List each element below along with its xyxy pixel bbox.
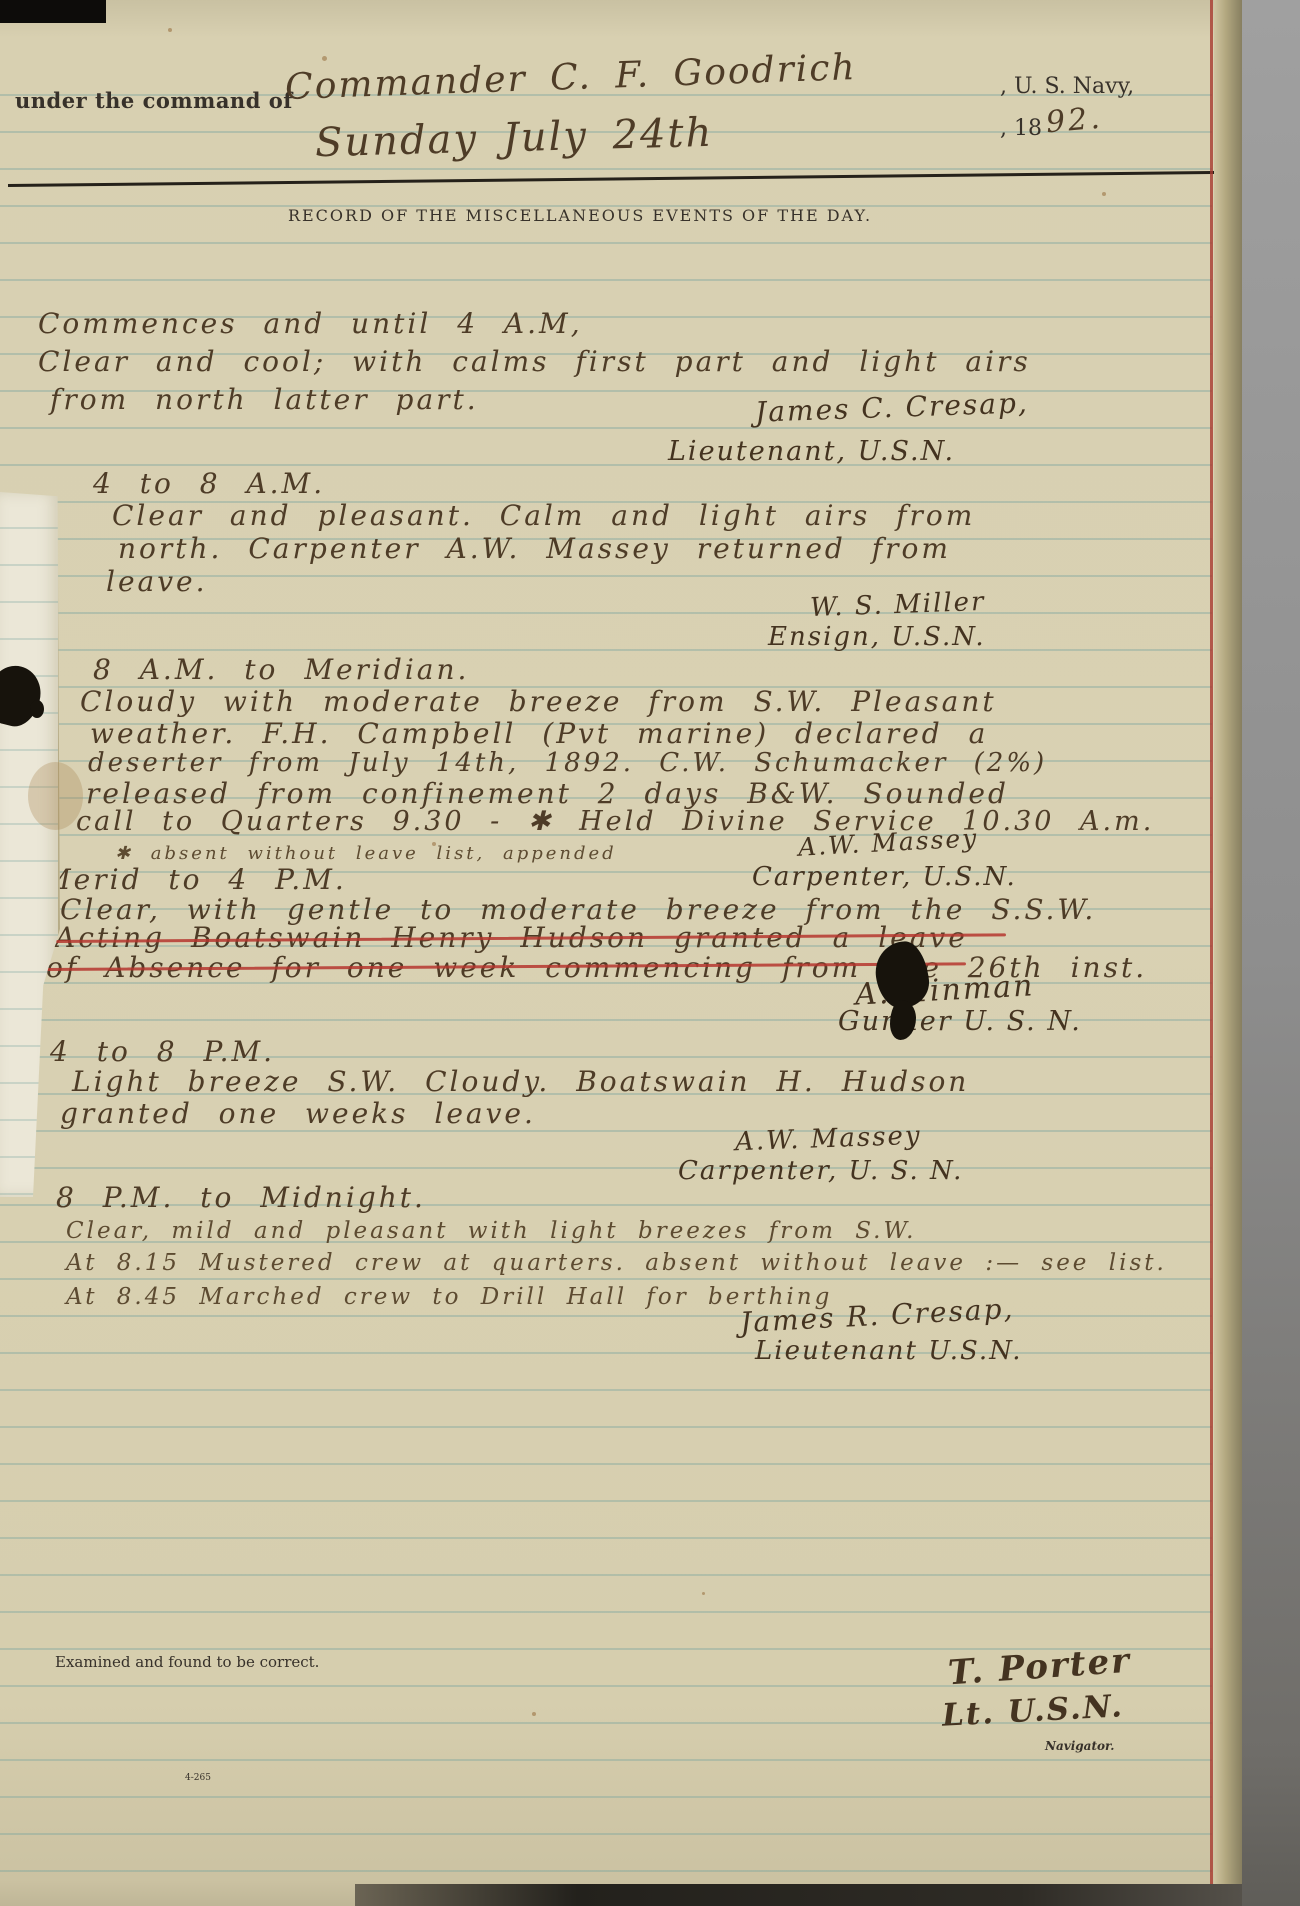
page-bottom-shadow bbox=[355, 1884, 1242, 1906]
ink-blot bbox=[30, 700, 44, 718]
handwritten-date: Sunday July 24th bbox=[315, 113, 714, 163]
command-prefix-label: under the command of bbox=[15, 90, 293, 111]
form-number: 4-265 bbox=[185, 1774, 211, 1783]
year-prefix-label: , 18 bbox=[1000, 118, 1042, 140]
foxing-speck bbox=[168, 28, 172, 32]
entry-1-line: from north latter part. bbox=[50, 386, 479, 414]
entry-6-line: At 8.15 Mustered crew at quarters. absen… bbox=[66, 1252, 1167, 1275]
entry-2-line: leave. bbox=[106, 568, 208, 596]
entry-5-signature-name: A.W. Massey bbox=[735, 1123, 922, 1155]
top-left-black-corner bbox=[0, 0, 106, 23]
entry-2-line: Clear and pleasant. Calm and light airs … bbox=[112, 502, 975, 530]
entry-3-footnote: ✱ absent without leave list, appended bbox=[115, 845, 617, 863]
entry-5-heading: 4 to 8 P.M. bbox=[50, 1038, 275, 1066]
entry-1-signature-title: Lieutenant, U.S.N. bbox=[668, 438, 955, 465]
page-edge-red-line bbox=[1210, 0, 1213, 1906]
entry-3-line: Cloudy with moderate breeze from S.W. Pl… bbox=[80, 688, 997, 716]
entry-4-line: Clear, with gentle to moderate breeze fr… bbox=[60, 896, 1096, 924]
entry-4-heading: Merid to 4 P.M. bbox=[42, 866, 347, 894]
paper-stain bbox=[28, 762, 83, 830]
entry-4-signature-title: Gunner U. S. N. bbox=[838, 1008, 1082, 1035]
handwritten-year: 92. bbox=[1045, 104, 1104, 139]
entry-1-heading: Commences and until 4 A.M, bbox=[38, 310, 583, 338]
foxing-speck bbox=[702, 1592, 705, 1595]
entry-3-line: call to Quarters 9.30 - ✱ Held Divine Se… bbox=[76, 808, 1154, 835]
scanned-logbook-screenshot: under the command of Commander C. F. Goo… bbox=[0, 0, 1300, 1906]
navy-suffix-label: , U. S. Navy, bbox=[1000, 76, 1134, 98]
entry-5-line: Light breeze S.W. Cloudy. Boatswain H. H… bbox=[72, 1068, 969, 1096]
entry-3-heading: 8 A.M. to Meridian. bbox=[93, 656, 469, 684]
navigator-signature-title: Lt. U.S.N. bbox=[941, 1691, 1124, 1731]
section-title: RECORD OF THE MISCELLANEOUS EVENTS OF TH… bbox=[160, 208, 1000, 224]
entry-2-signature-title: Ensign, U.S.N. bbox=[768, 624, 986, 650]
entry-2-signature-name: W. S. Miller bbox=[810, 589, 986, 621]
entry-6-heading: 8 P.M. to Midnight. bbox=[56, 1184, 426, 1212]
foxing-speck bbox=[1102, 192, 1106, 196]
entry-6-signature-title: Lieutenant U.S.N. bbox=[755, 1338, 1023, 1364]
entry-5-signature-title: Carpenter, U. S. N. bbox=[678, 1158, 963, 1184]
entry-6-line: Clear, mild and pleasant with light bree… bbox=[66, 1220, 916, 1243]
foxing-speck bbox=[322, 56, 327, 61]
entry-1-line: Clear and cool; with calms first part an… bbox=[38, 348, 1031, 376]
entry-3-line: weather. F.H. Campbell (Pvt marine) decl… bbox=[90, 720, 988, 748]
entry-2-line: north. Carpenter A.W. Massey returned fr… bbox=[118, 535, 951, 563]
foxing-speck bbox=[532, 1712, 536, 1716]
entry-3-signature-title: Carpenter, U.S.N. bbox=[752, 864, 1017, 890]
examined-statement: Examined and found to be correct. bbox=[55, 1655, 319, 1670]
entry-6-line: At 8.45 Marched crew to Drill Hall for b… bbox=[66, 1286, 832, 1309]
page-stack-edge bbox=[1214, 0, 1242, 1906]
entry-3-line: released from confinement 2 days B&W. So… bbox=[86, 780, 1009, 808]
entry-2-heading: 4 to 8 A.M. bbox=[93, 470, 325, 498]
scanner-background bbox=[1242, 0, 1300, 1906]
entry-3-line: deserter from July 14th, 1892. C.W. Schu… bbox=[88, 750, 1047, 776]
foxing-speck bbox=[432, 842, 436, 846]
entry-5-line: granted one weeks leave. bbox=[60, 1100, 536, 1128]
navigator-label: Navigator. bbox=[1045, 1740, 1114, 1752]
